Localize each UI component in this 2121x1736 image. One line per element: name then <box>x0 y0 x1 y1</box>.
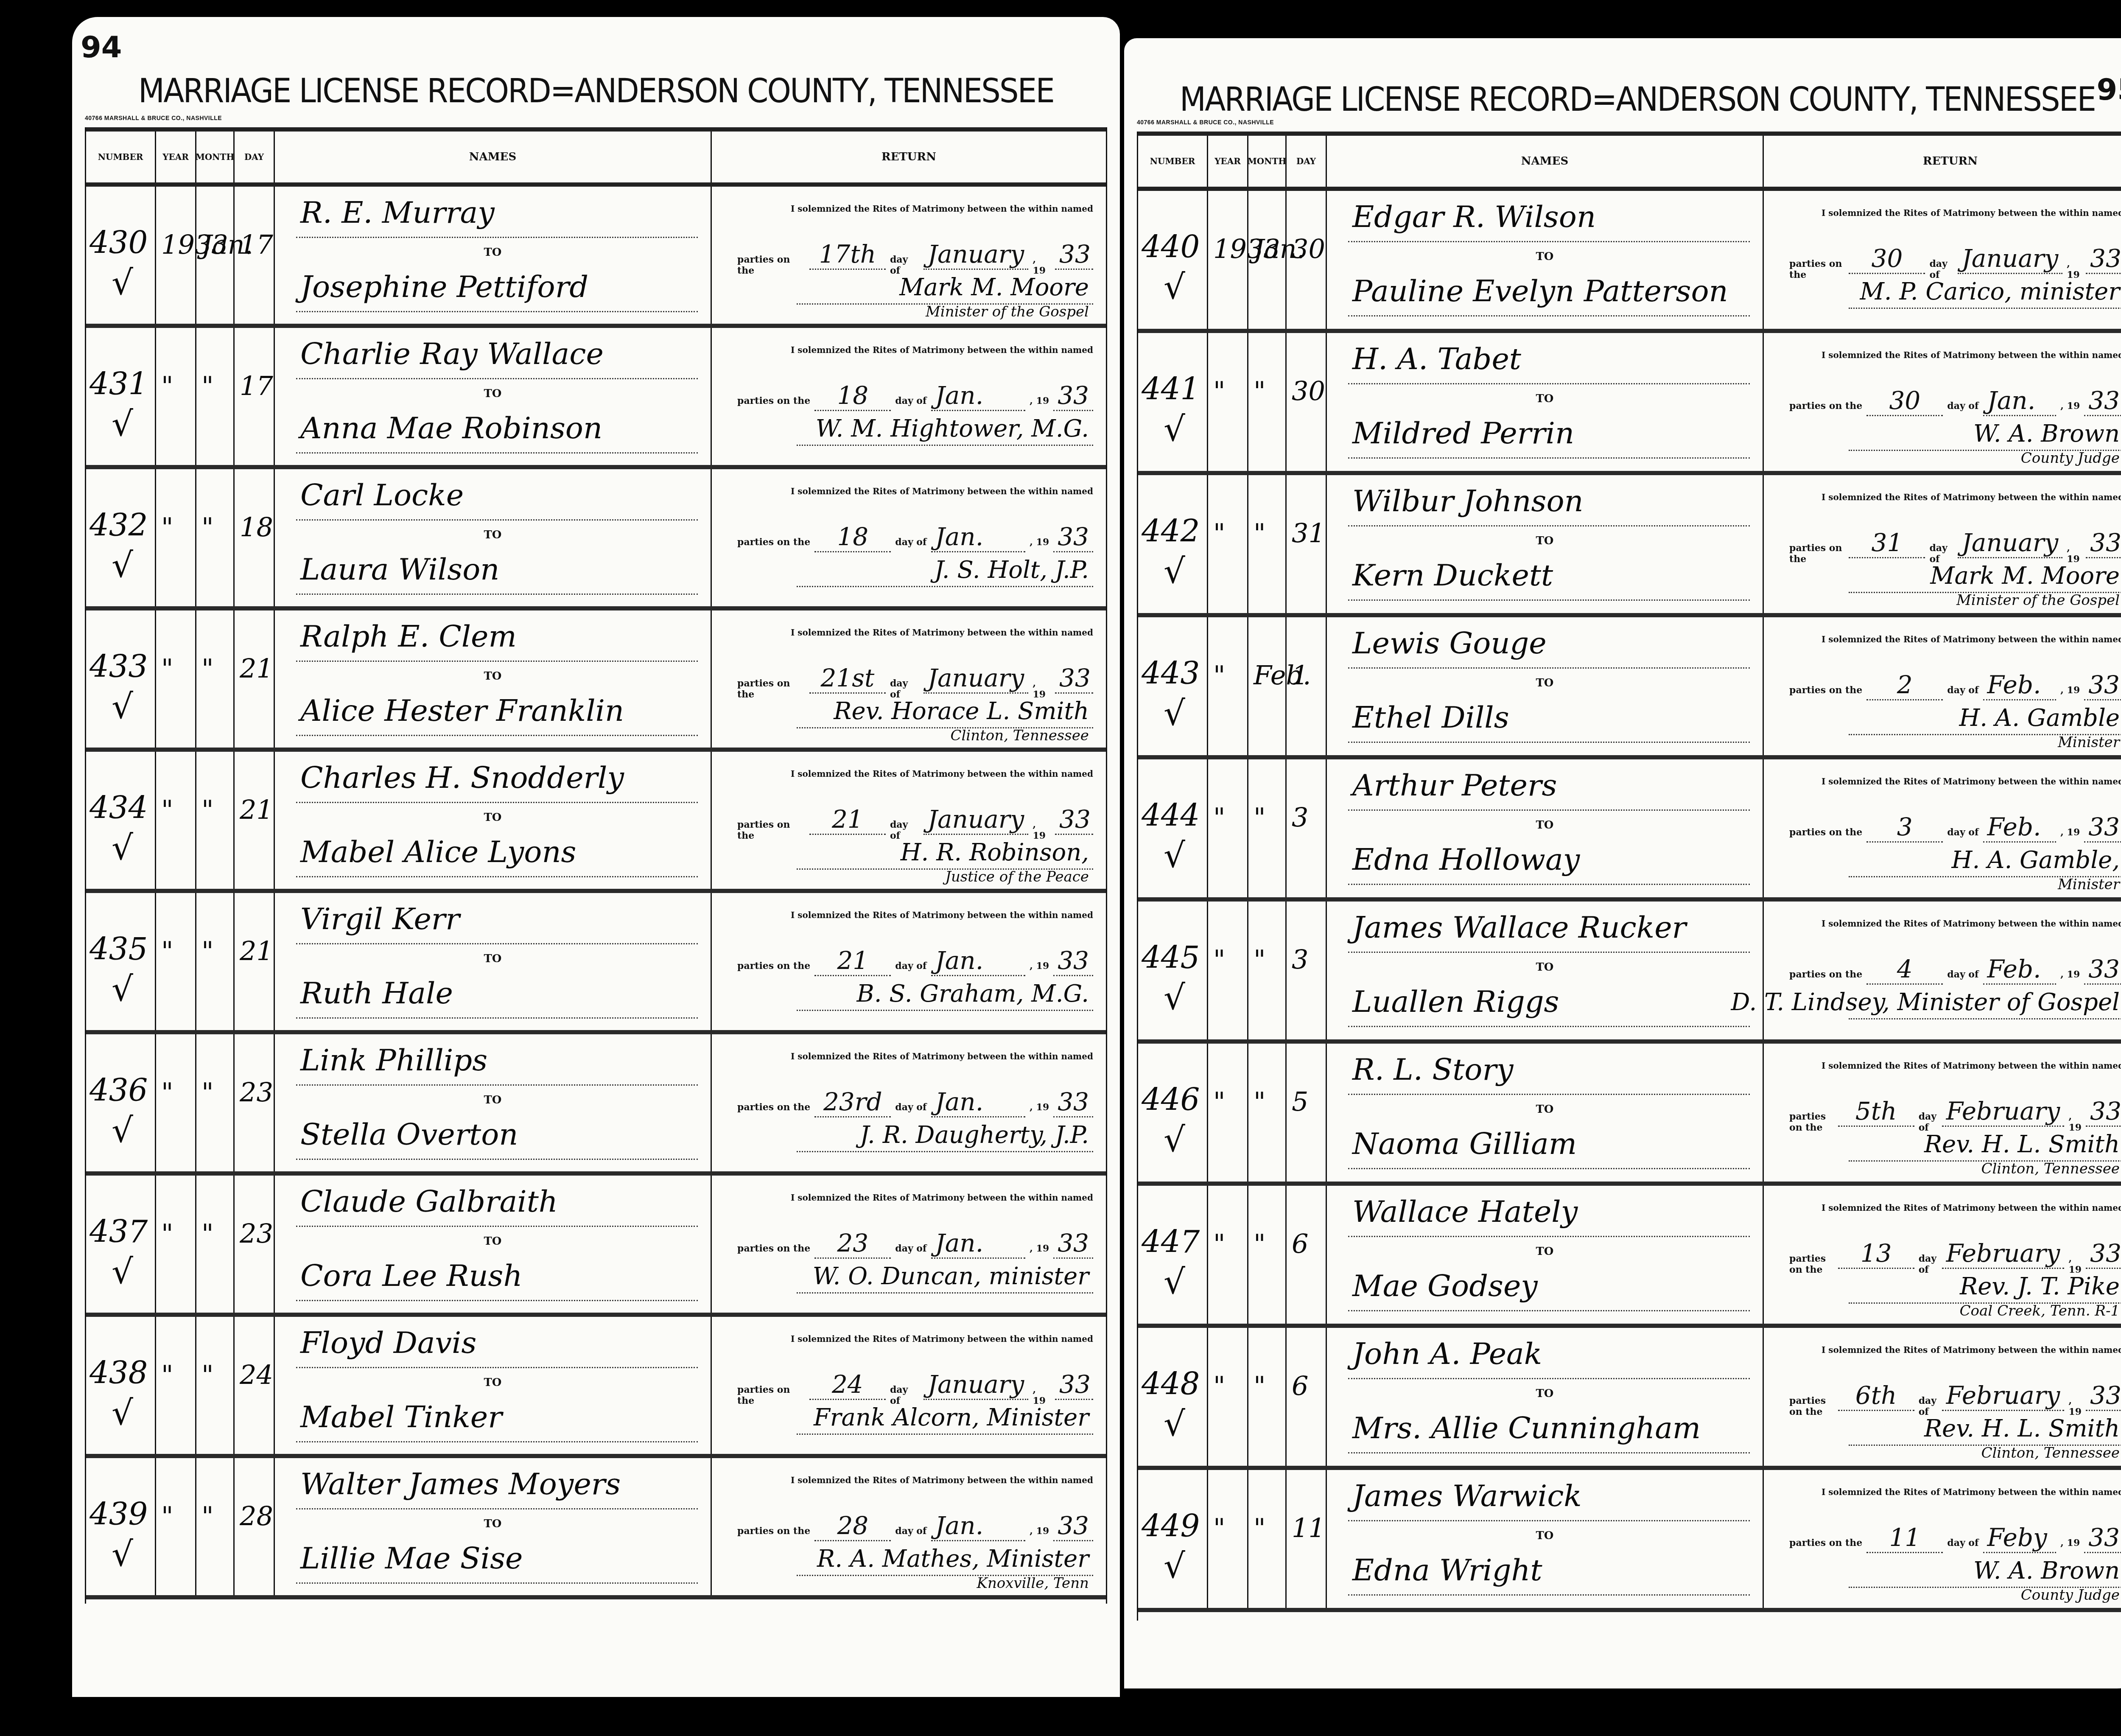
license-year: " <box>1213 1370 1226 1401</box>
officiant-name: W. A. Brown <box>1973 420 2120 448</box>
groom-underline <box>296 1508 698 1509</box>
number-cell: 449 √ <box>1138 1470 1208 1608</box>
bride-underline <box>296 1017 698 1019</box>
day-of-label: day of <box>890 1384 919 1406</box>
names-cell: Charles H. Snodderly TO Mabel Alice Lyon… <box>275 752 712 889</box>
bride-name: Mrs. Allie Cunningham <box>1352 1411 1701 1445</box>
bride-name: Mabel Tinker <box>300 1400 502 1434</box>
year-cell: " <box>1208 475 1248 613</box>
license-year: " <box>161 794 173 825</box>
entry-rows: 440 √ 1933 Jan. 30 Edgar R. Wilson TO Pa… <box>1138 191 2121 1612</box>
bride-name: Ethel Dills <box>1352 700 1509 735</box>
bride-underline <box>1348 599 1750 601</box>
year-prefix-label: , 19 <box>1030 960 1049 972</box>
table-row: 430 √ 1933 Jan. 17 R. E. Murray TO Josep… <box>86 187 1106 328</box>
return-day: 6th <box>1838 1381 1914 1411</box>
checkmark-icon: √ <box>112 263 133 302</box>
entry-rows: 430 √ 1933 Jan. 17 R. E. Murray TO Josep… <box>86 187 1106 1599</box>
day-of-label: day of <box>1947 400 1978 412</box>
year-prefix-label: , 19 <box>2060 1537 2080 1548</box>
license-month: " <box>1254 802 1266 833</box>
officiant-name: W. M. Hightower, M.G. <box>816 415 1089 442</box>
return-cell: I solemnized the Rites of Matrimony betw… <box>1764 191 2121 329</box>
year-prefix-label: , 19 <box>1030 395 1049 406</box>
groom-name: Edgar R. Wilson <box>1352 199 1596 234</box>
checkmark-icon: √ <box>1164 409 1185 449</box>
groom-name: R. L. Story <box>1352 1052 1513 1087</box>
officiant-name: M. P. Carico, minister <box>1860 278 2120 305</box>
year-cell: " <box>1208 617 1248 755</box>
month-cell: " <box>196 610 235 748</box>
return-year: 33 <box>2084 1523 2121 1553</box>
number-cell: 440 √ <box>1138 191 1208 329</box>
bride-name: Kern Duckett <box>1352 558 1553 593</box>
checkmark-icon: √ <box>112 1111 133 1150</box>
names-cell: Walter James Moyers TO Lillie Mae Sise <box>275 1458 712 1595</box>
license-day: 1 <box>1292 660 1308 691</box>
day-of-label: day of <box>1929 543 1953 565</box>
number-cell: 430 √ <box>86 187 156 324</box>
to-connector: TO <box>275 1376 711 1389</box>
license-year: " <box>161 512 173 543</box>
return-month: Feb. <box>1983 670 2057 700</box>
groom-name: James Warwick <box>1352 1478 1582 1513</box>
column-header-names: NAMES <box>1327 136 1764 187</box>
month-cell: " <box>196 328 235 465</box>
officiant-name: Rev. H. L. Smith <box>1924 1415 2120 1442</box>
parties-on-label: parties on the <box>737 819 805 841</box>
groom-name: Floyd Davis <box>300 1325 476 1360</box>
license-number: 449 <box>1142 1508 1200 1544</box>
column-header-number: NUMBER <box>1138 136 1208 187</box>
return-day: 11 <box>1866 1523 1943 1553</box>
bride-name: Mae Godsey <box>1352 1268 1538 1303</box>
return-day: 4 <box>1866 955 1943 985</box>
column-header-number: NUMBER <box>86 132 156 182</box>
month-cell: " <box>196 893 235 1030</box>
day-cell: 17 <box>235 328 275 465</box>
bride-underline <box>296 1582 698 1584</box>
groom-name: Virgil Kerr <box>300 902 460 936</box>
return-month: Feb. <box>1983 812 2057 843</box>
license-day: 11 <box>1292 1512 1325 1543</box>
license-day: 30 <box>1292 233 1325 264</box>
return-cell: I solemnized the Rites of Matrimony betw… <box>712 187 1106 324</box>
officiant-title: Minister <box>2058 734 2120 751</box>
groom-underline <box>1348 952 1750 953</box>
return-date-line: parties on the 2 day of Feb. , 19 33 <box>1789 670 2121 700</box>
day-cell: 30 <box>1287 333 1327 471</box>
return-cell: I solemnized the Rites of Matrimony betw… <box>1764 333 2121 471</box>
left-page: 94 MARRIAGE LICENSE RECORD=ANDERSON COUN… <box>72 17 1120 1697</box>
groom-underline <box>1348 1520 1750 1521</box>
return-preamble: I solemnized the Rites of Matrimony betw… <box>737 1193 1093 1203</box>
groom-name: Wilbur Johnson <box>1352 484 1584 518</box>
return-month: January <box>1958 528 2063 558</box>
day-cell: 3 <box>1287 759 1327 897</box>
column-header-day: DAY <box>1287 136 1327 187</box>
bride-name: Naoma Gilliam <box>1352 1126 1577 1161</box>
year-cell: " <box>156 469 196 606</box>
license-number: 447 <box>1142 1224 1200 1260</box>
return-date-line: parties on the 6th day of February , 19 … <box>1789 1381 2121 1417</box>
license-year: " <box>161 370 173 401</box>
bride-name: Laura Wilson <box>300 552 499 587</box>
year-prefix-label: , 19 <box>2067 543 2082 565</box>
bride-underline <box>296 876 698 877</box>
return-date-line: parties on the 30 day of Jan. , 19 33 <box>1789 386 2121 416</box>
year-cell: 1933 <box>156 187 196 324</box>
to-connector: TO <box>1327 535 1763 547</box>
groom-name: H. A. Tabet <box>1352 342 1521 376</box>
number-cell: 446 √ <box>1138 1044 1208 1182</box>
license-year: " <box>161 653 173 684</box>
return-preamble: I solemnized the Rites of Matrimony betw… <box>737 627 1093 638</box>
day-cell: 3 <box>1287 902 1327 1039</box>
year-cell: " <box>1208 902 1248 1039</box>
license-year: " <box>1213 1228 1226 1259</box>
page-title: MARRIAGE LICENSE RECORD=ANDERSON COUNTY,… <box>1165 81 2110 119</box>
number-cell: 439 √ <box>86 1458 156 1595</box>
day-cell: 5 <box>1287 1044 1327 1182</box>
license-day: 23 <box>240 1077 273 1108</box>
day-of-label: day of <box>895 1102 926 1113</box>
officiant-title: County Judge <box>2021 1587 2120 1604</box>
license-number: 440 <box>1142 229 1200 265</box>
names-cell: Virgil Kerr TO Ruth Hale <box>275 893 712 1030</box>
year-prefix-label: , 19 <box>1033 254 1051 276</box>
table-row: 437 √ " " 23 Claude Galbraith TO Cora Le… <box>86 1176 1106 1317</box>
officiant-underline <box>1849 1018 2121 1019</box>
bride-underline <box>296 452 698 454</box>
return-month: Jan. <box>931 1087 1026 1117</box>
return-preamble: I solemnized the Rites of Matrimony betw… <box>1789 918 2121 929</box>
groom-underline <box>1348 809 1750 811</box>
return-date-line: parties on the 21st day of January , 19 … <box>737 664 1093 700</box>
return-year: 33 <box>1055 1370 1093 1400</box>
return-date-line: parties on the 4 day of Feb. , 19 33 <box>1789 955 2121 985</box>
month-cell: " <box>1248 1470 1287 1608</box>
number-cell: 434 √ <box>86 752 156 889</box>
day-cell: 21 <box>235 893 275 1030</box>
to-connector: TO <box>1327 819 1763 832</box>
year-cell: " <box>1208 1186 1248 1324</box>
license-number: 436 <box>90 1072 148 1108</box>
return-day: 21 <box>809 805 886 835</box>
groom-name: Walter James Moyers <box>300 1467 621 1501</box>
license-day: 21 <box>240 935 273 966</box>
license-day: 21 <box>240 653 273 684</box>
license-month: " <box>201 794 214 825</box>
parties-on-label: parties on the <box>1789 543 1844 565</box>
license-year: " <box>1213 944 1226 975</box>
return-month: Jan. <box>1983 386 2057 416</box>
names-cell: R. L. Story TO Naoma Gilliam <box>1327 1044 1764 1182</box>
return-date-line: parties on the 21 day of January , 19 33 <box>737 805 1093 841</box>
license-number: 434 <box>90 790 148 826</box>
groom-underline <box>1348 1094 1750 1095</box>
return-month: January <box>923 664 1029 694</box>
license-year: " <box>1213 802 1226 833</box>
return-month: Jan. <box>931 1229 1026 1259</box>
license-year: " <box>1213 1512 1226 1543</box>
checkmark-icon: √ <box>1164 1262 1185 1302</box>
return-cell: I solemnized the Rites of Matrimony betw… <box>1764 1186 2121 1324</box>
table-row: 434 √ " " 21 Charles H. Snodderly TO Mab… <box>86 752 1106 893</box>
license-day: 18 <box>240 512 273 543</box>
return-month: January <box>923 1370 1029 1400</box>
return-cell: I solemnized the Rites of Matrimony betw… <box>712 1176 1106 1313</box>
table-row: 433 √ " " 21 Ralph E. Clem TO Alice Hest… <box>86 610 1106 752</box>
year-prefix-label: , 19 <box>2068 1111 2082 1133</box>
return-date-line: parties on the 23rd day of Jan. , 19 33 <box>737 1087 1093 1117</box>
bride-name: Mildred Perrin <box>1352 416 1574 451</box>
return-year: 33 <box>2084 955 2121 985</box>
number-cell: 442 √ <box>1138 475 1208 613</box>
to-connector: TO <box>275 952 711 965</box>
names-cell: Charlie Ray Wallace TO Anna Mae Robinson <box>275 328 712 465</box>
to-connector: TO <box>275 246 711 259</box>
return-cell: I solemnized the Rites of Matrimony betw… <box>1764 1044 2121 1182</box>
license-year: " <box>161 1501 173 1532</box>
officiant-name: W. O. Duncan, minister <box>813 1263 1089 1290</box>
license-month: " <box>1254 375 1266 406</box>
license-month: " <box>1254 518 1266 549</box>
return-date-line: parties on the 17th day of January , 19 … <box>737 240 1093 276</box>
to-connector: TO <box>1327 250 1763 263</box>
to-connector: TO <box>275 811 711 824</box>
return-day: 21st <box>809 664 886 694</box>
return-date-line: parties on the 5th day of February , 19 … <box>1789 1097 2121 1133</box>
officiant-name: D. T. Lindsey, Minister of Gospel <box>1731 988 2120 1016</box>
checkmark-icon: √ <box>112 687 133 726</box>
publisher-line: 40766 MARSHALL & BRUCE CO., NASHVILLE <box>1137 119 1274 126</box>
checkmark-icon: √ <box>112 546 133 585</box>
license-day: 5 <box>1292 1086 1308 1117</box>
day-cell: 17 <box>235 187 275 324</box>
bride-name: Anna Mae Robinson <box>300 411 602 445</box>
to-connector: TO <box>1327 677 1763 689</box>
day-of-label: day of <box>890 254 919 276</box>
table-row: 432 √ " " 18 Carl Locke TO Laura Wilson … <box>86 469 1106 610</box>
return-day: 24 <box>809 1370 886 1400</box>
return-cell: I solemnized the Rites of Matrimony betw… <box>712 1317 1106 1454</box>
parties-on-label: parties on the <box>737 1526 810 1537</box>
return-day: 13 <box>1838 1239 1914 1269</box>
checkmark-icon: √ <box>112 969 133 1009</box>
return-year: 33 <box>2084 812 2121 843</box>
column-header-month: MONTH <box>196 132 235 182</box>
officiant-underline <box>797 1292 1093 1294</box>
day-cell: 11 <box>1287 1470 1327 1608</box>
officiant-title: County Judge <box>2021 450 2120 467</box>
parties-on-label: parties on the <box>1789 400 1862 412</box>
day-of-label: day of <box>1919 1111 1938 1133</box>
officiant-name: J. S. Holt, J.P. <box>935 556 1089 584</box>
return-day: 31 <box>1849 528 1925 558</box>
return-day: 18 <box>814 522 891 552</box>
return-cell: I solemnized the Rites of Matrimony betw… <box>712 328 1106 465</box>
day-of-label: day of <box>1929 258 1953 280</box>
groom-underline <box>296 943 698 944</box>
bride-underline <box>296 1300 698 1301</box>
license-number: 445 <box>1142 940 1200 975</box>
day-of-label: day of <box>895 1243 926 1254</box>
parties-on-label: parties on the <box>1789 827 1862 838</box>
return-preamble: I solemnized the Rites of Matrimony betw… <box>737 1334 1093 1344</box>
month-cell: " <box>1248 902 1287 1039</box>
groom-underline <box>296 1367 698 1368</box>
return-cell: I solemnized the Rites of Matrimony betw… <box>712 752 1106 889</box>
return-cell: I solemnized the Rites of Matrimony betw… <box>1764 1328 2121 1466</box>
return-day: 3 <box>1866 812 1943 843</box>
names-cell: Wilbur Johnson TO Kern Duckett <box>1327 475 1764 613</box>
license-month: " <box>1254 1228 1266 1259</box>
license-year: " <box>1213 660 1226 691</box>
year-prefix-label: , 19 <box>1030 1243 1049 1254</box>
bride-name: Stella Overton <box>300 1117 518 1152</box>
return-month: Jan. <box>931 381 1026 411</box>
bride-underline <box>1348 1594 1750 1596</box>
checkmark-icon: √ <box>1164 836 1185 875</box>
return-preamble: I solemnized the Rites of Matrimony betw… <box>1789 1345 2121 1355</box>
return-preamble: I solemnized the Rites of Matrimony betw… <box>1789 350 2121 360</box>
return-day: 30 <box>1849 244 1925 274</box>
names-cell: H. A. Tabet TO Mildred Perrin <box>1327 333 1764 471</box>
year-prefix-label: , 19 <box>1033 819 1051 841</box>
return-month: February <box>1942 1239 2065 1269</box>
day-cell: 6 <box>1287 1328 1327 1466</box>
license-month: " <box>201 512 214 543</box>
license-month: " <box>201 1501 214 1532</box>
return-preamble: I solemnized the Rites of Matrimony betw… <box>737 345 1093 355</box>
license-month: " <box>1254 1086 1266 1117</box>
year-prefix-label: , 19 <box>2060 685 2080 696</box>
return-year: 33 <box>2086 244 2121 274</box>
day-of-label: day of <box>1919 1253 1938 1275</box>
to-connector: TO <box>275 387 711 400</box>
officiant-name: R. A. Mathes, Minister <box>817 1545 1089 1573</box>
return-year: 33 <box>2086 1097 2121 1127</box>
return-year: 33 <box>1055 805 1093 835</box>
table-row: 435 √ " " 21 Virgil Kerr TO Ruth Hale I … <box>86 893 1106 1034</box>
bride-underline <box>296 1441 698 1442</box>
return-cell: I solemnized the Rites of Matrimony betw… <box>712 469 1106 606</box>
bride-underline <box>296 311 698 312</box>
bride-underline <box>1348 1168 1750 1169</box>
year-cell: 1933 <box>1208 191 1248 329</box>
month-cell: Feb. <box>1248 617 1287 755</box>
year-prefix-label: , 19 <box>1030 537 1049 548</box>
parties-on-label: parties on the <box>1789 1253 1834 1275</box>
officiant-name: Rev. J. T. Pike <box>1960 1273 2120 1300</box>
day-cell: 1 <box>1287 617 1327 755</box>
return-date-line: parties on the 11 day of Feby , 19 33 <box>1789 1523 2121 1553</box>
license-month: " <box>201 653 214 684</box>
month-cell: " <box>1248 1044 1287 1182</box>
year-prefix-label: , 19 <box>2068 1395 2082 1417</box>
month-cell: " <box>1248 1328 1287 1466</box>
license-day: 30 <box>1292 375 1325 406</box>
license-day: 17 <box>240 370 273 401</box>
license-month: " <box>201 935 214 966</box>
officiant-title: Clinton, Tennessee <box>1981 1445 2120 1462</box>
return-year: 33 <box>2084 386 2121 416</box>
year-prefix-label: , 19 <box>2060 827 2080 838</box>
names-cell: Floyd Davis TO Mabel Tinker <box>275 1317 712 1454</box>
column-header-year: YEAR <box>156 132 196 182</box>
return-date-line: parties on the 31 day of January , 19 33 <box>1789 528 2121 565</box>
checkmark-icon: √ <box>1164 694 1185 733</box>
return-day: 18 <box>814 381 891 411</box>
table-row: 448 √ " " 6 John A. Peak TO Mrs. Allie C… <box>1138 1328 2121 1470</box>
parties-on-label: parties on the <box>1789 1395 1834 1417</box>
day-cell: 21 <box>235 610 275 748</box>
table-row: 442 √ " " 31 Wilbur Johnson TO Kern Duck… <box>1138 475 2121 617</box>
table-row: 431 √ " " 17 Charlie Ray Wallace TO Anna… <box>86 328 1106 469</box>
officiant-title: Coal Creek, Tenn. R-1 <box>1960 1302 2120 1319</box>
year-prefix-label: , 19 <box>1033 1384 1051 1406</box>
year-prefix-label: , 19 <box>1030 1526 1049 1537</box>
return-preamble: I solemnized the Rites of Matrimony betw… <box>1789 1487 2121 1497</box>
return-preamble: I solemnized the Rites of Matrimony betw… <box>1789 634 2121 644</box>
month-cell: " <box>1248 333 1287 471</box>
publisher-line: 40766 MARSHALL & BRUCE CO., NASHVILLE <box>85 115 222 121</box>
parties-on-label: parties on the <box>737 537 810 548</box>
license-year: " <box>1213 518 1226 549</box>
officiant-name: B. S. Graham, M.G. <box>857 980 1089 1008</box>
return-day: 2 <box>1866 670 1943 700</box>
return-cell: I solemnized the Rites of Matrimony betw… <box>1764 902 2121 1039</box>
license-number: 433 <box>90 649 148 684</box>
parties-on-label: parties on the <box>737 960 810 972</box>
license-day: 24 <box>240 1359 273 1390</box>
officiant-name: H. A. Gamble, <box>1952 846 2120 874</box>
day-cell: 31 <box>1287 475 1327 613</box>
groom-underline <box>1348 1236 1750 1237</box>
number-cell: 441 √ <box>1138 333 1208 471</box>
bride-underline <box>1348 1310 1750 1311</box>
officiant-name: W. A. Brown <box>1973 1557 2120 1585</box>
column-header-day: DAY <box>235 132 275 182</box>
license-day: 28 <box>240 1501 273 1532</box>
day-of-label: day of <box>890 819 919 841</box>
return-date-line: parties on the 24 day of January , 19 33 <box>737 1370 1093 1406</box>
license-number: 435 <box>90 931 148 967</box>
license-year: " <box>1213 1086 1226 1117</box>
names-cell: Lewis Gouge TO Ethel Dills <box>1327 617 1764 755</box>
return-preamble: I solemnized the Rites of Matrimony betw… <box>1789 776 2121 787</box>
names-cell: Wallace Hately TO Mae Godsey <box>1327 1186 1764 1324</box>
officiant-title: Minister of the Gospel <box>1956 592 2120 609</box>
officiant-name: Rev. H. L. Smith <box>1924 1131 2120 1158</box>
year-prefix-label: , 19 <box>1030 1102 1049 1113</box>
return-year: 33 <box>2084 670 2121 700</box>
month-cell: " <box>1248 759 1287 897</box>
day-cell: 28 <box>235 1458 275 1595</box>
column-header-year: YEAR <box>1208 136 1248 187</box>
number-cell: 432 √ <box>86 469 156 606</box>
column-header-month: MONTH <box>1248 136 1287 187</box>
month-cell: " <box>196 752 235 889</box>
return-year: 33 <box>2086 1381 2121 1411</box>
year-cell: " <box>156 893 196 1030</box>
names-cell: Carl Locke TO Laura Wilson <box>275 469 712 606</box>
return-preamble: I solemnized the Rites of Matrimony betw… <box>1789 1203 2121 1213</box>
groom-name: R. E. Murray <box>300 195 495 230</box>
return-date-line: parties on the 23 day of Jan. , 19 33 <box>737 1229 1093 1259</box>
return-month: Jan. <box>931 1511 1026 1541</box>
